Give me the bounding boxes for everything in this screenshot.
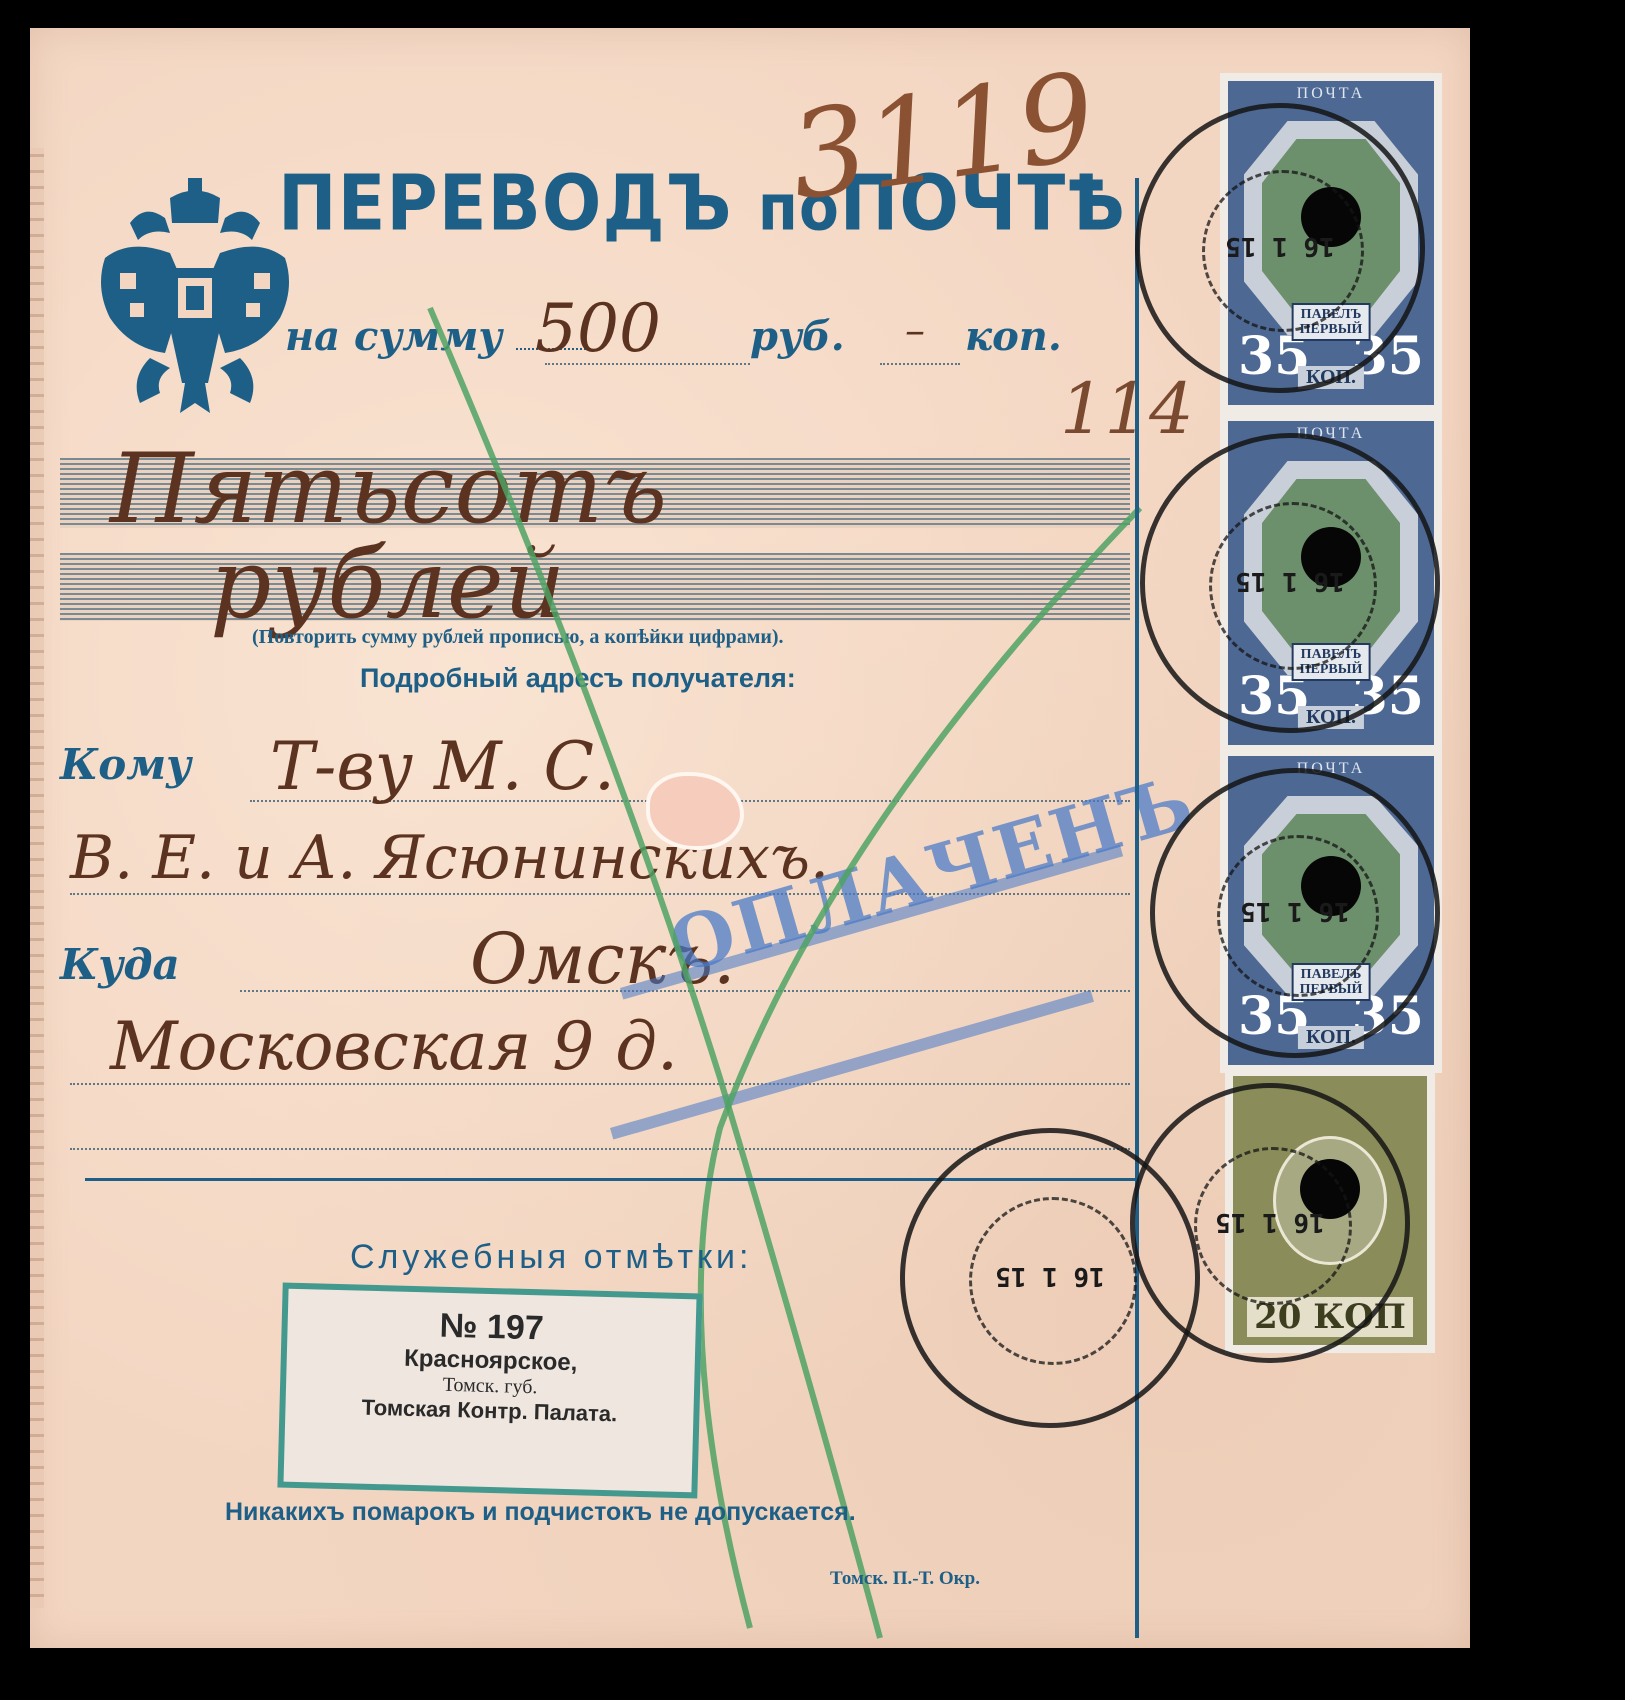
stamp-area-divider: [1135, 178, 1139, 1638]
postmark-1: 16 1 15: [1135, 103, 1425, 393]
postmark-5: 16 1 15: [900, 1128, 1200, 1428]
recipient-address-heading: Подробный адресъ получателя:: [360, 663, 796, 694]
service-marks-heading: Служебныя отмѣтки:: [350, 1238, 752, 1277]
stamp-top-text: ПОЧТА: [1228, 85, 1434, 103]
handwritten-mark-114: 114: [1060, 368, 1194, 450]
to-line-1-handwritten[interactable]: Т-ву М. С.: [270, 728, 615, 805]
money-order-form: ПЕРЕВОДЪ поПОЧТѢ 3119 на сумму 500 руб. …: [30, 28, 1470, 1648]
amount-rubles-field-line: [545, 363, 750, 365]
amount-rubles-handwritten[interactable]: 500: [535, 290, 661, 367]
title-word-perevod: ПЕРЕВОДЪ: [278, 158, 733, 248]
postmark-date: 16 1 15: [1155, 896, 1435, 926]
to-label: Кому: [60, 740, 191, 789]
amount-words-handwritten-2[interactable]: рублей: [210, 528, 566, 640]
postmark-date: 16 1 15: [1145, 566, 1435, 596]
postmark-date: 16 1 15: [905, 1261, 1195, 1291]
postmark-3: 16 1 15: [1150, 768, 1440, 1058]
amount-words-instruction: (Повторить сумму рублей прописью, а копѣ…: [252, 626, 784, 649]
paid-stamp-bottom-bar: [610, 990, 1094, 1139]
printer-note: Томск. П.-Т. Окр.: [830, 1568, 980, 1590]
registration-label: № 197 Красноярское, Томск. губ. Томская …: [277, 1283, 702, 1499]
kop-label: коп.: [965, 313, 1062, 360]
paper-tear: [650, 776, 740, 846]
amount-kop-handwritten[interactable]: –: [905, 308, 925, 354]
postmark-date: 16 1 15: [1140, 231, 1420, 261]
where-label: Куда: [60, 940, 180, 989]
amount-prefix-label: на сумму: [285, 313, 502, 360]
where-line-2-handwritten[interactable]: Московская 9 д.: [110, 1008, 678, 1085]
double-headed-eagle-icon: [90, 178, 300, 418]
rub-label: руб.: [750, 313, 845, 360]
footer-notice: Никакихъ помарокъ и подчистокъ не допуск…: [225, 1498, 856, 1527]
perforated-edge: [30, 148, 44, 1608]
amount-kop-field-line: [880, 363, 960, 365]
postmark-2: 16 1 15: [1140, 433, 1440, 733]
